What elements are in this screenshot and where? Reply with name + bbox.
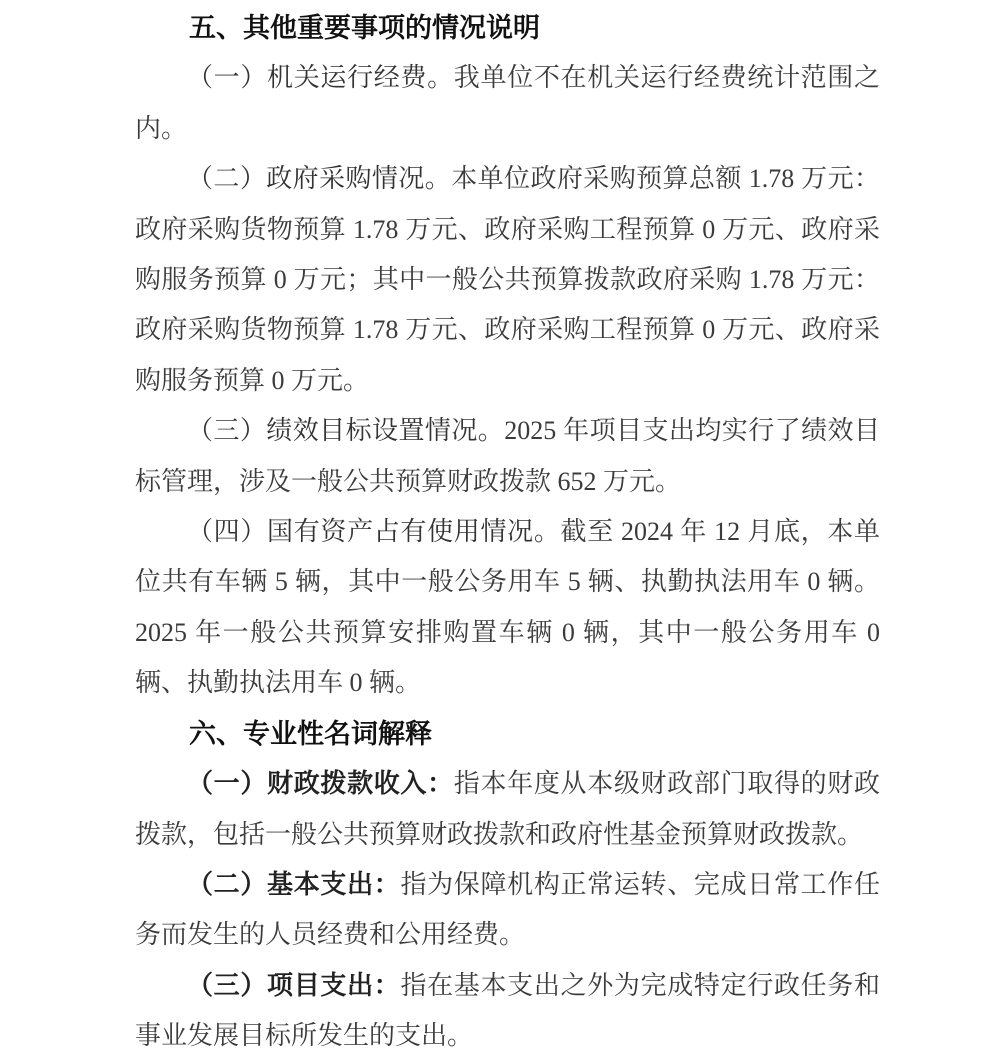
paragraph-term: （三）项目支出： bbox=[187, 971, 400, 1000]
section-6-heading: 六、专业性名词解释 bbox=[135, 709, 880, 759]
section-terminology-definitions: 六、专业性名词解释 （一）财政拨款收入：指本年度从本级财政部门取得的财政拨款，包… bbox=[135, 709, 880, 1059]
section-other-important-matters: 五、其他重要事项的情况说明 （一）机关运行经费。我单位不在机关运行经费统计范围之… bbox=[135, 3, 880, 709]
paragraph-term: （一）财政拨款收入： bbox=[187, 769, 454, 798]
paragraph-lead: （一）机关运行经费。 bbox=[187, 63, 454, 92]
paragraph-text: 本单位政府采购预算总额 1.78 万元：政府采购货物预算 1.78 万元、政府采… bbox=[135, 164, 880, 395]
paragraph-state-assets: （四）国有资产占有使用情况。截至 2024 年 12 月底，本单位共有车辆 5 … bbox=[135, 507, 880, 709]
paragraph-basic-expenditure: （二）基本支出：指为保障机构正常运转、完成日常工作任务而发生的人员经费和公用经费… bbox=[135, 860, 880, 961]
section-5-heading: 五、其他重要事项的情况说明 bbox=[135, 3, 880, 53]
paragraph-government-procurement: （二）政府采购情况。本单位政府采购预算总额 1.78 万元：政府采购货物预算 1… bbox=[135, 154, 880, 406]
paragraph-lead: （二）政府采购情况。 bbox=[187, 164, 451, 193]
paragraph-lead: （四）国有资产占有使用情况。 bbox=[187, 517, 561, 546]
paragraph-performance-targets: （三）绩效目标设置情况。2025 年项目支出均实行了绩效目标管理，涉及一般公共预… bbox=[135, 406, 880, 507]
paragraph-term: （二）基本支出： bbox=[187, 870, 400, 899]
paragraph-agency-operating-funds: （一）机关运行经费。我单位不在机关运行经费统计范围之内。 bbox=[135, 53, 880, 154]
paragraph-project-expenditure: （三）项目支出：指在基本支出之外为完成特定行政任务和事业发展目标所发生的支出。 bbox=[135, 961, 880, 1059]
paragraph-fiscal-appropriation-income: （一）财政拨款收入：指本年度从本级财政部门取得的财政拨款，包括一般公共预算财政拨… bbox=[135, 759, 880, 860]
document-page: 五、其他重要事项的情况说明 （一）机关运行经费。我单位不在机关运行经费统计范围之… bbox=[0, 0, 1000, 1059]
paragraph-lead: （三）绩效目标设置情况。 bbox=[187, 416, 504, 445]
